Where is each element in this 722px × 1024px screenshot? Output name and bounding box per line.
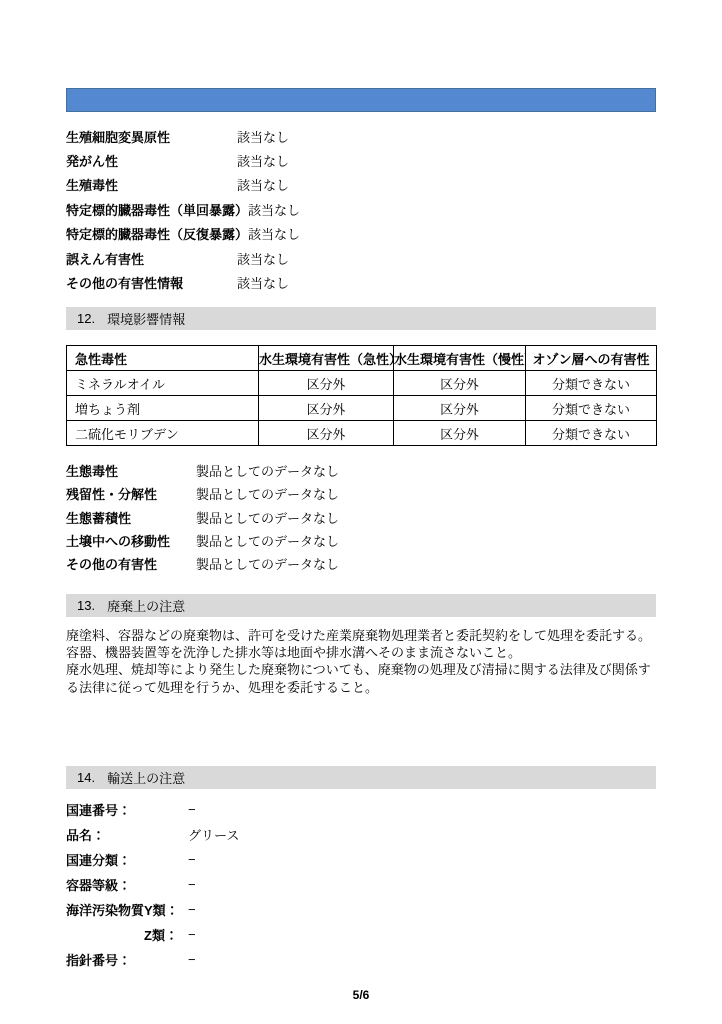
eco-list: 生態毒性 製品としてのデータなし 残留性・分解性 製品としてのデータなし 生態蓄… xyxy=(66,459,658,575)
section-title: 廃棄上の注意 xyxy=(107,596,185,615)
transport-label: 海洋汚染物質Y類： xyxy=(66,900,188,919)
hazard-value: 該当なし xyxy=(237,249,289,268)
hazard-row: 生殖毒性 該当なし xyxy=(66,173,658,197)
transport-value: − xyxy=(188,852,196,867)
table-cell: 増ちょう剤 xyxy=(67,396,259,421)
transport-label: 国連番号： xyxy=(66,800,188,819)
transport-value: − xyxy=(188,952,196,967)
section-title: 環境影響情報 xyxy=(107,309,185,328)
table-row: 増ちょう剤 区分外 区分外 分類できない xyxy=(67,396,657,421)
table-cell: 区分外 xyxy=(394,371,526,396)
transport-label: Z類： xyxy=(66,925,188,944)
transport-value: − xyxy=(188,902,196,917)
hazard-value: 該当なし xyxy=(237,127,289,146)
hazard-label: 発がん性 xyxy=(66,151,237,170)
transport-row: Z類： − xyxy=(66,922,658,947)
eco-label: 土壌中への移動性 xyxy=(66,531,196,550)
eco-row: 土壌中への移動性 製品としてのデータなし xyxy=(66,529,658,552)
hazard-value: 該当なし xyxy=(237,151,289,170)
eco-row: 残留性・分解性 製品としてのデータなし xyxy=(66,482,658,505)
transport-value: − xyxy=(188,927,196,942)
table-cell: 区分外 xyxy=(394,396,526,421)
env-table-header-cell: 水生環境有害性（急性） xyxy=(259,346,394,371)
hazard-row: 特定標的臓器毒性（反復暴露） 該当なし xyxy=(66,222,658,246)
disposal-line: 廃塗料、容器などの廃棄物は、許可を受けた産業廃棄物処理業者と委託契約をして処理を… xyxy=(66,627,658,644)
table-cell: 区分外 xyxy=(259,396,394,421)
transport-row: 品名： グリース xyxy=(66,822,658,847)
eco-row: 生態蓄積性 製品としてのデータなし xyxy=(66,506,658,529)
section-number: 12. xyxy=(77,311,95,326)
hazard-row: 特定標的臓器毒性（単回暴露） 該当なし xyxy=(66,197,658,221)
transport-row: 容器等級： − xyxy=(66,872,658,897)
table-cell: ミネラルオイル xyxy=(67,371,259,396)
transport-row: 海洋汚染物質Y類： − xyxy=(66,897,658,922)
transport-list: 国連番号： − 品名： グリース 国連分類： − 容器等級： − 海洋汚染物質Y… xyxy=(66,797,658,972)
transport-row: 国連分類： − xyxy=(66,847,658,872)
hazard-value: 該当なし xyxy=(248,200,300,219)
section-12-header: 12. 環境影響情報 xyxy=(66,307,656,330)
eco-label: 生態蓄積性 xyxy=(66,508,196,527)
section-14-header: 14. 輸送上の注意 xyxy=(66,766,656,789)
disposal-line: 廃水処理、焼却等により発生した廃棄物についても、廃棄物の処理及び清掃に関する法律… xyxy=(66,661,658,695)
env-table-header-row: 急性毒性 水生環境有害性（急性） 水生環境有害性（慢性） オゾン層への有害性 xyxy=(67,346,657,371)
disposal-paragraph: 廃塗料、容器などの廃棄物は、許可を受けた産業廃棄物処理業者と委託契約をして処理を… xyxy=(66,627,658,696)
top-accent-bar xyxy=(66,88,656,112)
table-cell: 区分外 xyxy=(259,421,394,446)
section-number: 14. xyxy=(77,770,95,785)
table-cell: 分類できない xyxy=(526,371,657,396)
section-13-header: 13. 廃棄上の注意 xyxy=(66,594,656,617)
eco-label: その他の有害性 xyxy=(66,554,196,573)
transport-row: 国連番号： − xyxy=(66,797,658,822)
table-cell: 分類できない xyxy=(526,396,657,421)
env-table-header-cell: 急性毒性 xyxy=(67,346,259,371)
hazard-value: 該当なし xyxy=(248,224,300,243)
page-number: 5/6 xyxy=(0,988,722,1002)
disposal-line: 容器、機器装置等を洗浄した排水等は地面や排水溝へそのまま流さないこと。 xyxy=(66,644,658,661)
table-cell: 区分外 xyxy=(259,371,394,396)
hazard-row: 発がん性 該当なし xyxy=(66,148,658,172)
hazard-label: 生殖細胞変異原性 xyxy=(66,127,237,146)
env-table-header-cell: オゾン層への有害性 xyxy=(526,346,657,371)
hazard-label: その他の有害性情報 xyxy=(66,273,237,292)
table-cell: 二硫化モリブデン xyxy=(67,421,259,446)
transport-value: − xyxy=(188,877,196,892)
eco-value: 製品としてのデータなし xyxy=(196,461,339,480)
hazard-list: 生殖細胞変異原性 該当なし 発がん性 該当なし 生殖毒性 該当なし 特定標的臓器… xyxy=(66,124,658,295)
hazard-label: 誤えん有害性 xyxy=(66,249,237,268)
table-cell: 分類できない xyxy=(526,421,657,446)
transport-label: 容器等級： xyxy=(66,875,188,894)
section-title: 輸送上の注意 xyxy=(107,768,185,787)
table-cell: 区分外 xyxy=(394,421,526,446)
transport-label: 指針番号： xyxy=(66,950,188,969)
hazard-value: 該当なし xyxy=(237,273,289,292)
table-row: ミネラルオイル 区分外 区分外 分類できない xyxy=(67,371,657,396)
hazard-row: 生殖細胞変異原性 該当なし xyxy=(66,124,658,148)
eco-label: 残留性・分解性 xyxy=(66,484,196,503)
sds-document-page: { "colors": { "accent_blue": "#5488D0", … xyxy=(0,0,722,1024)
eco-row: 生態毒性 製品としてのデータなし xyxy=(66,459,658,482)
hazard-value: 該当なし xyxy=(237,175,289,194)
hazard-label: 生殖毒性 xyxy=(66,175,237,194)
transport-label: 国連分類： xyxy=(66,850,188,869)
table-row: 二硫化モリブデン 区分外 区分外 分類できない xyxy=(67,421,657,446)
eco-value: 製品としてのデータなし xyxy=(196,484,339,503)
transport-row: 指針番号： − xyxy=(66,947,658,972)
transport-value: − xyxy=(188,802,196,817)
eco-value: 製品としてのデータなし xyxy=(196,508,339,527)
eco-value: 製品としてのデータなし xyxy=(196,554,339,573)
hazard-label: 特定標的臓器毒性（単回暴露） xyxy=(66,200,248,219)
transport-value: グリース xyxy=(188,825,239,844)
eco-value: 製品としてのデータなし xyxy=(196,531,339,550)
env-table-header-cell: 水生環境有害性（慢性） xyxy=(394,346,526,371)
eco-row: その他の有害性 製品としてのデータなし xyxy=(66,552,658,575)
eco-label: 生態毒性 xyxy=(66,461,196,480)
hazard-row: その他の有害性情報 該当なし xyxy=(66,270,658,294)
hazard-row: 誤えん有害性 該当なし xyxy=(66,246,658,270)
section-number: 13. xyxy=(77,598,95,613)
env-hazard-table: 急性毒性 水生環境有害性（急性） 水生環境有害性（慢性） オゾン層への有害性 ミ… xyxy=(66,345,657,446)
hazard-label: 特定標的臓器毒性（反復暴露） xyxy=(66,224,248,243)
transport-label: 品名： xyxy=(66,825,188,844)
